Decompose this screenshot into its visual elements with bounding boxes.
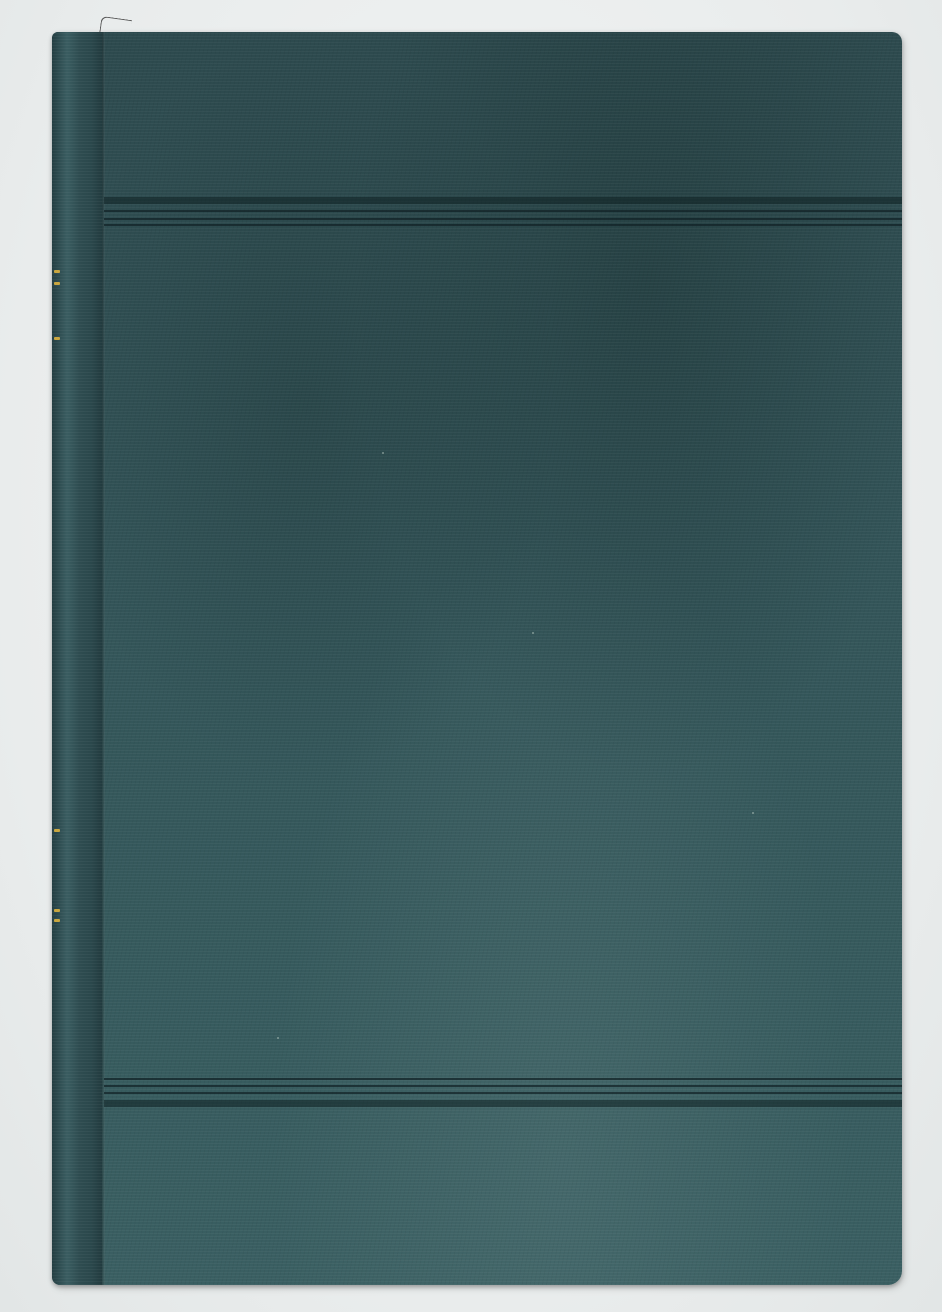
bottom-band — [104, 1100, 902, 1107]
spine-gilt-mark — [54, 337, 60, 340]
book-cover — [52, 32, 902, 1285]
spine-gilt-mark — [54, 282, 60, 285]
bottom-band-line — [104, 1085, 902, 1087]
top-band-line — [104, 224, 902, 226]
spine-gilt-mark — [54, 919, 60, 922]
top-band — [104, 197, 902, 204]
spine-gilt-mark — [54, 829, 60, 832]
book-spine — [52, 32, 102, 1285]
bottom-band-line — [104, 1078, 902, 1080]
spine-gilt-mark — [54, 270, 60, 273]
top-band-line — [104, 210, 902, 212]
bottom-band-line — [104, 1092, 902, 1094]
top-band-line — [104, 218, 902, 220]
spine-gilt-mark — [54, 909, 60, 912]
